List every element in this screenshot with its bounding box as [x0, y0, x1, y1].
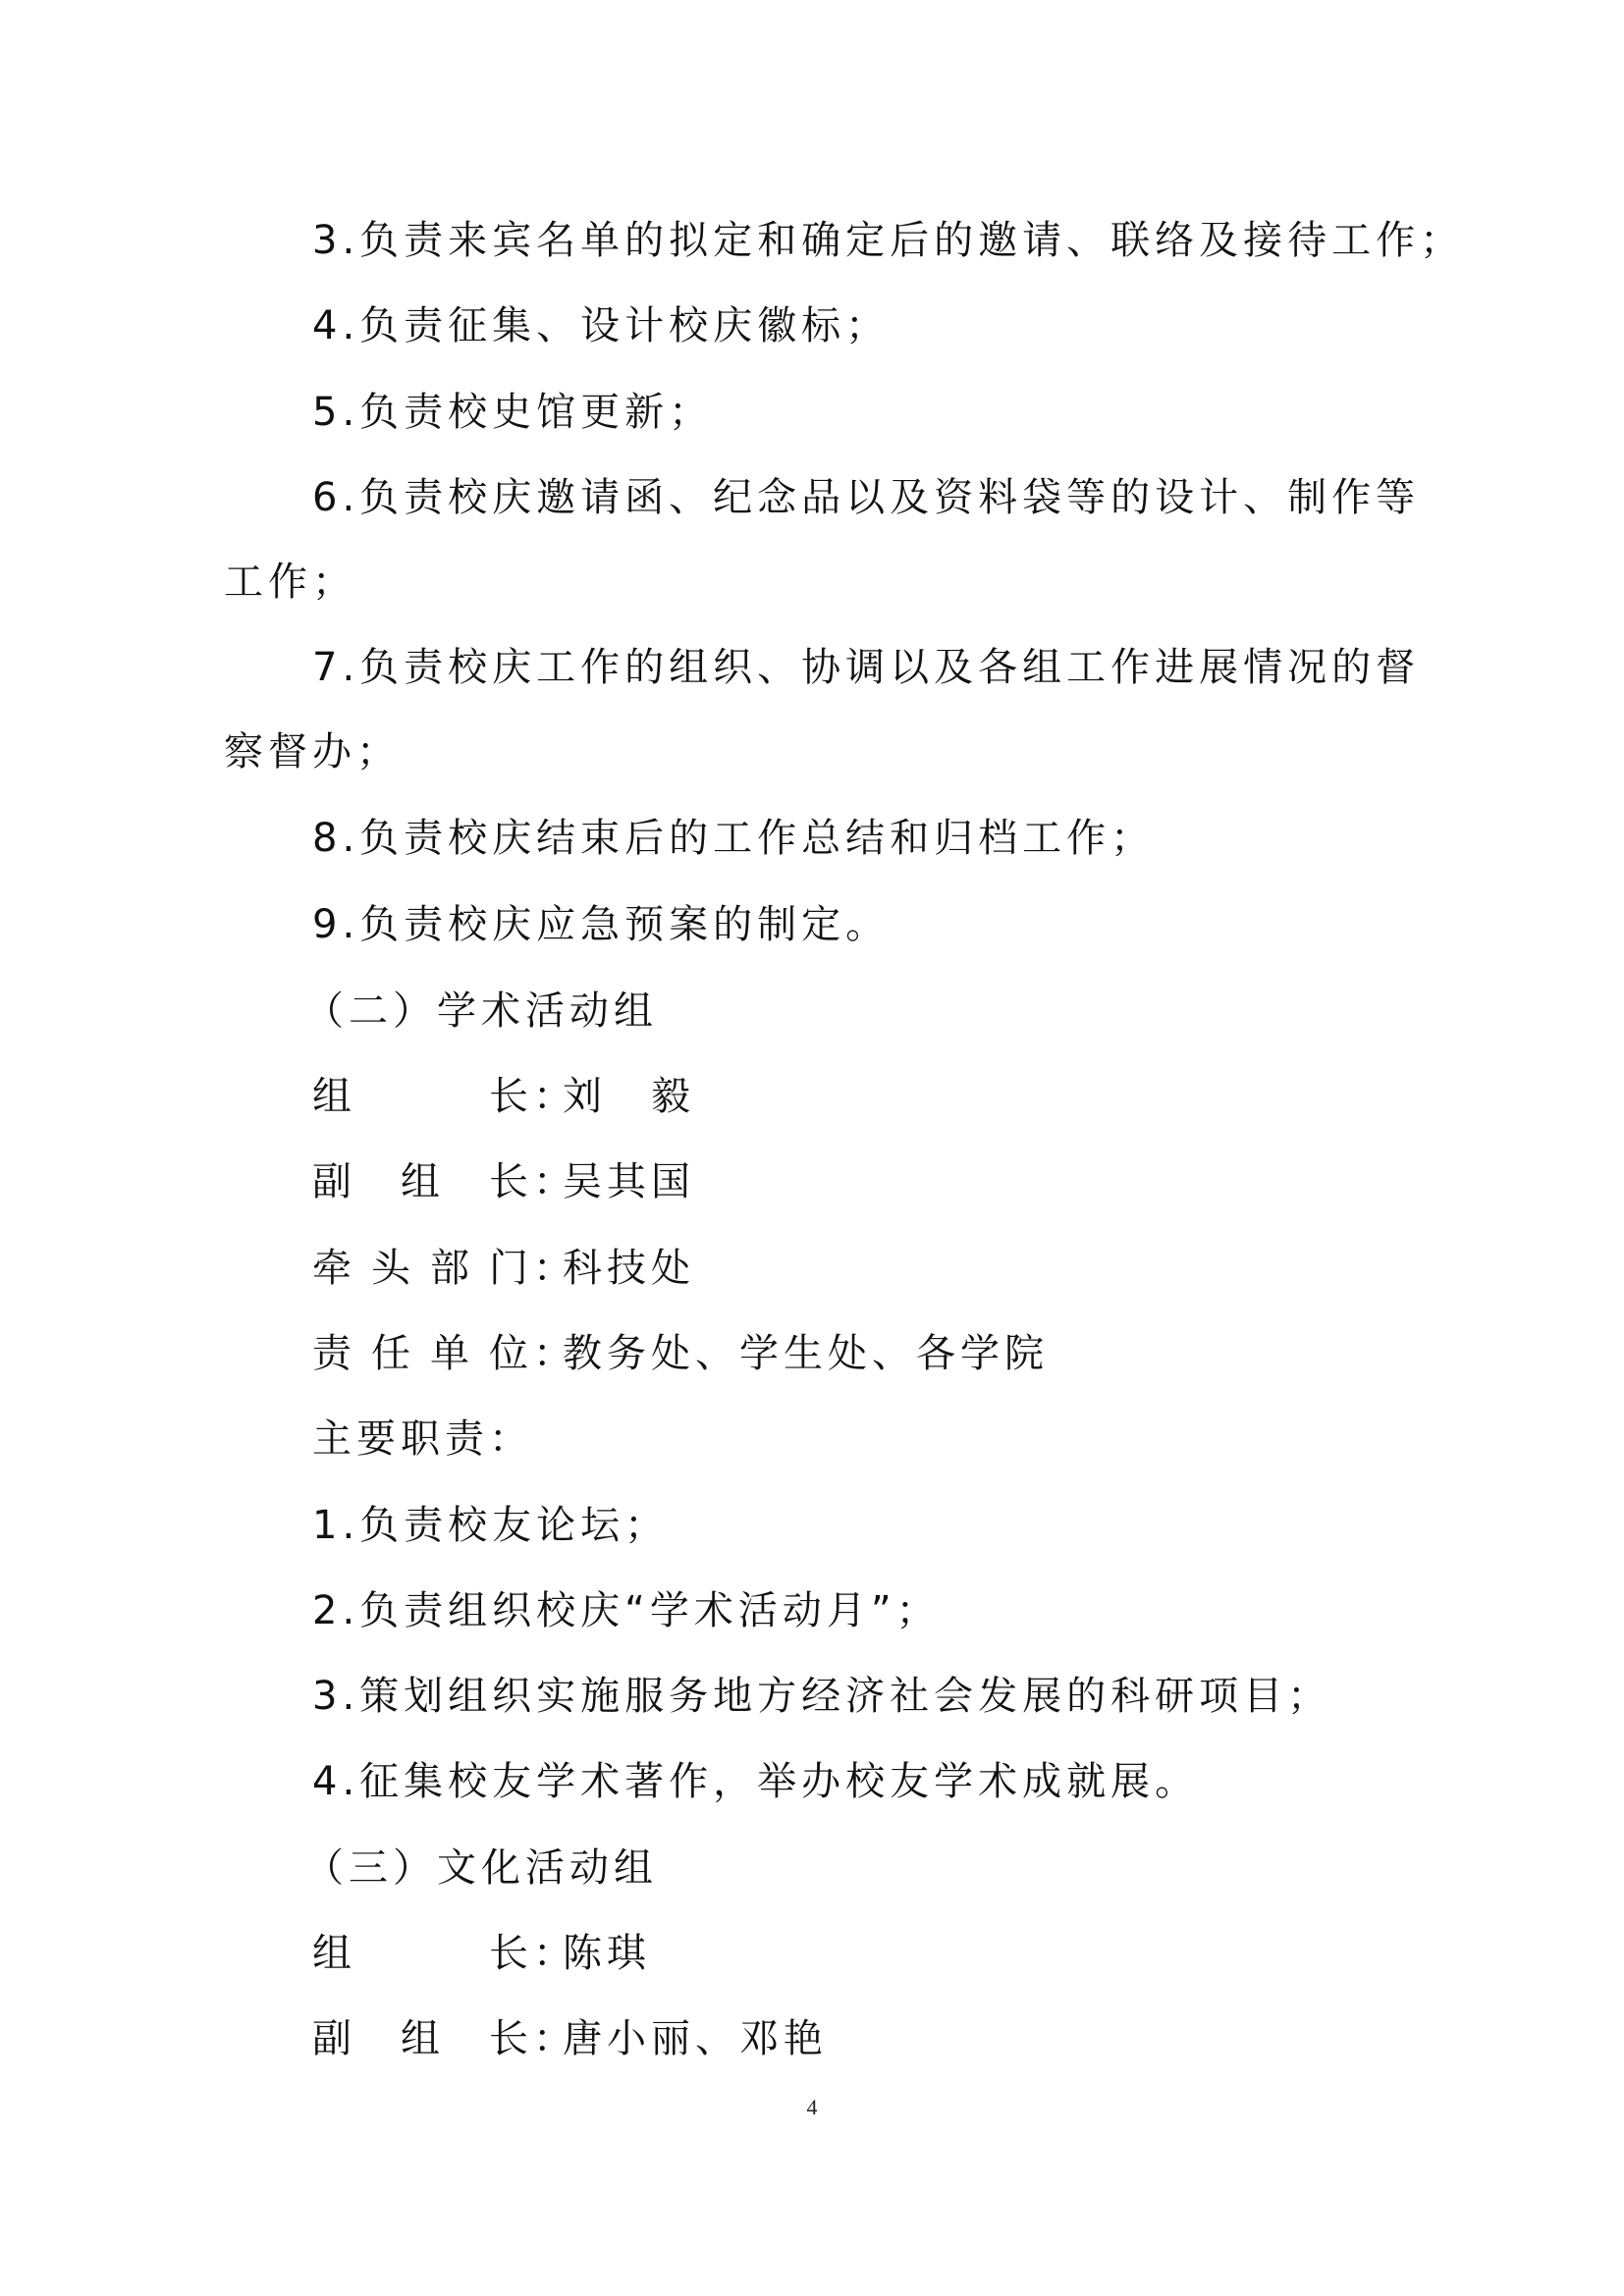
item-number: 5.	[312, 390, 359, 435]
item-number: 3.	[312, 218, 359, 263]
field-value: 唐小丽、邓艳	[563, 2016, 828, 2061]
academic-duty-4: 4.征集校友学术著作，举办校友学术成就展。	[312, 1752, 1199, 1811]
field-label: 副组长	[312, 1152, 533, 1211]
duty-item-5: 5.负责校史馆更新；	[312, 383, 713, 442]
item-text: 负责校友论坛；	[359, 1503, 669, 1548]
item-number: 3.	[312, 1674, 359, 1719]
field-label: 责任单位	[312, 1324, 533, 1383]
document-page: 3.负责来宾名单的拟定和确定后的邀请、联络及接待工作； 4.负责征集、设计校庆徽…	[0, 0, 1624, 2296]
academic-duty-3: 3.策划组织实施服务地方经济社会发展的科研项目；	[312, 1667, 1331, 1726]
field-responsible-units: 责任单位：教务处、学生处、各学院	[312, 1324, 1049, 1383]
duty-item-8: 8.负责校庆结束后的工作总结和归档工作；	[312, 809, 1155, 868]
duties-label: 主要职责：	[312, 1410, 533, 1468]
item-number: 4.	[312, 303, 359, 348]
item-number: 2.	[312, 1588, 359, 1633]
item-number: 7.	[312, 645, 359, 690]
field-deputy: 副组长：唐小丽、邓艳	[312, 2009, 828, 2068]
section-heading-culture: （三）文化活动组	[304, 1839, 658, 1897]
field-value: 陈琪	[563, 1931, 651, 1976]
field-leader: 组长：刘 毅	[312, 1067, 695, 1126]
field-leader: 组长：陈琪	[312, 1924, 651, 1983]
field-deputy: 副组长：吴其国	[312, 1152, 695, 1211]
page-number: 4	[0, 2095, 1624, 2120]
colon: ：	[533, 1924, 563, 1983]
item-number: 6.	[312, 475, 359, 520]
colon: ：	[533, 2009, 563, 2068]
item-number: 4.	[312, 1759, 359, 1804]
colon: ：	[533, 1067, 563, 1126]
section-heading-academic: （二）学术活动组	[304, 982, 658, 1041]
academic-duty-1: 1.负责校友论坛；	[312, 1496, 669, 1555]
item-text: 负责校庆结束后的工作总结和归档工作；	[359, 816, 1155, 861]
field-value: 刘 毅	[563, 1074, 695, 1119]
item-text: 策划组织实施服务地方经济社会发展的科研项目；	[359, 1674, 1331, 1719]
item-text: 负责校庆应急预案的制定。	[359, 902, 890, 947]
item-text: 征集校友学术著作，举办校友学术成就展。	[359, 1759, 1199, 1804]
academic-duty-2: 2.负责组织校庆“学术活动月”；	[312, 1581, 941, 1640]
colon: ：	[533, 1239, 563, 1298]
item-number: 1.	[312, 1503, 359, 1548]
item-number: 8.	[312, 816, 359, 861]
item-text: 负责征集、设计校庆徽标；	[359, 303, 890, 348]
item-text: 负责校史馆更新；	[359, 390, 713, 435]
duty-item-4: 4.负责征集、设计校庆徽标；	[312, 296, 890, 355]
field-value: 科技处	[563, 1246, 695, 1291]
duty-item-7: 7.负责校庆工作的组织、协调以及各组工作进展情况的督	[312, 638, 1420, 697]
duty-item-6-continuation: 工作；	[224, 553, 356, 612]
item-text: 负责校庆工作的组织、协调以及各组工作进展情况的督	[359, 645, 1420, 690]
field-label: 副组长	[312, 2009, 533, 2068]
item-text: 负责来宾名单的拟定和确定后的邀请、联络及接待工作；	[359, 218, 1464, 263]
item-text: 负责组织校庆“学术活动月”；	[359, 1588, 940, 1633]
colon: ：	[533, 1152, 563, 1211]
duty-item-7-continuation: 察督办；	[224, 722, 401, 781]
duty-item-6: 6.负责校庆邀请函、纪念品以及资料袋等的设计、制作等	[312, 468, 1420, 527]
duty-item-9: 9.负责校庆应急预案的制定。	[312, 895, 890, 954]
item-number: 9.	[312, 902, 359, 947]
colon: ：	[533, 1324, 563, 1383]
duty-item-3: 3.负责来宾名单的拟定和确定后的邀请、联络及接待工作；	[312, 211, 1464, 270]
field-lead-department: 牵头部门：科技处	[312, 1239, 695, 1298]
field-label: 组长	[312, 1924, 533, 1983]
field-value: 教务处、学生处、各学院	[563, 1331, 1049, 1376]
field-label: 牵头部门	[312, 1239, 533, 1298]
field-label: 组长	[312, 1067, 533, 1126]
field-value: 吴其国	[563, 1159, 695, 1204]
item-text: 负责校庆邀请函、纪念品以及资料袋等的设计、制作等	[359, 475, 1420, 520]
